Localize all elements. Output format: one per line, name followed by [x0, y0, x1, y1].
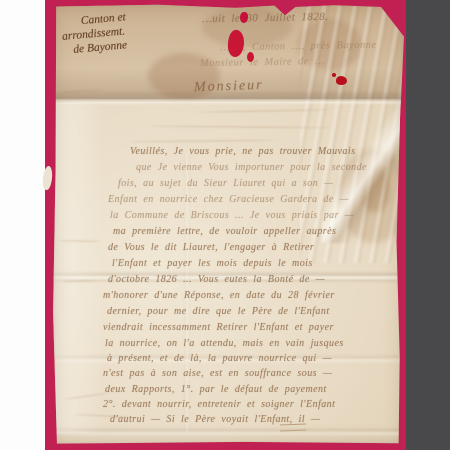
wax-seal-spot [332, 73, 336, 77]
letter-line: à présent, et de là, la pauvre nourrice … [107, 353, 332, 364]
address-line: Monsieur le Maire de … [200, 56, 325, 69]
letter-line: l'Enfant et payer les mois depuis le moi… [112, 258, 313, 269]
letter-line: n'est pas à son aise, est en souffrance … [103, 368, 332, 379]
letter-line: dernier, pour me dire que le Père de l'E… [107, 306, 330, 317]
letter-line: la nourrice, on l'a attendu, mais en vai… [105, 338, 344, 349]
letter-line: d'octobre 1826 ... Vous eutes la Bonté d… [108, 274, 325, 285]
letter-line: 2°. devant nourrir, entretenir et soigne… [103, 399, 335, 410]
dateline: …uit le 30 Juillet 1828. [202, 11, 329, 25]
paper-tear-red [247, 52, 254, 62]
letter-line: ma première lettre, de vouloir appeller … [113, 226, 336, 237]
listing-image: Canton et arrondissemt. de Bayonne …uit … [0, 0, 450, 450]
letter-line: la Commune de Briscous ... Je vous priai… [110, 210, 354, 221]
letter-line: deux Rapports, 1°. par le défaut de paye… [105, 384, 327, 395]
photo-edge-strip [406, 0, 450, 450]
closing-flourish [280, 424, 306, 432]
letter-paper: Canton et arrondissemt. de Bayonne …uit … [52, 3, 405, 445]
letter-line: que Je vienne Vous importuner pour la se… [136, 162, 367, 173]
letter-line: Enfant en nourrice chez Gracieuse Garder… [108, 194, 349, 205]
letter-line: viendrait incessamment Retirer l'Enfant … [103, 322, 334, 333]
corner-note: Canton et arrondissemt. de Bayonne [60, 10, 128, 58]
letter-line: fois, au sujet du Sieur Liauret qui a so… [118, 178, 333, 189]
letter-line: Veuillés, Je vous prie, ne pas trouver M… [130, 146, 355, 157]
letter-line: m'honorer d'une Réponse, en date du 28 f… [103, 290, 335, 301]
salutation: Monsieur [194, 78, 264, 96]
letter-line: de Vous le dit Liauret, l'engager à Reti… [108, 242, 314, 253]
wax-seal-spot [336, 76, 347, 85]
